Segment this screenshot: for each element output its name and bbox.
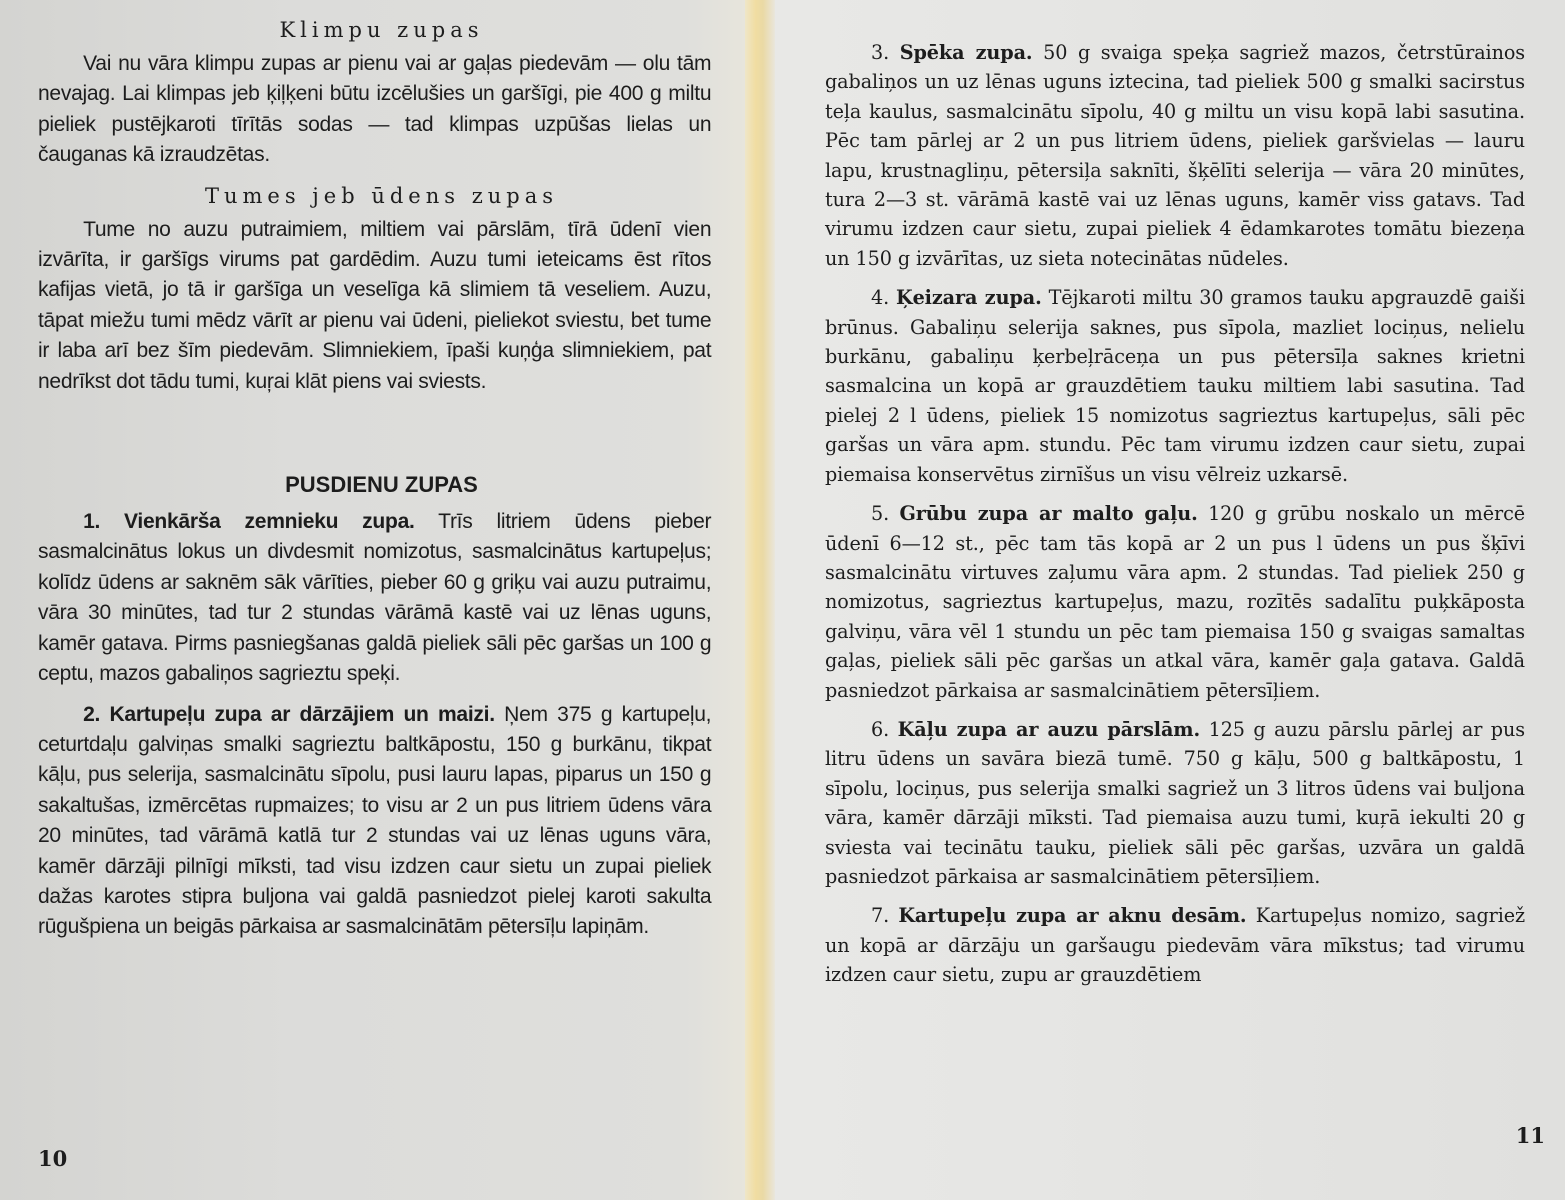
recipe-4-title: Ķeizara zupa. bbox=[896, 286, 1042, 309]
right-page: 3. Spēka zupa. 50 g svaiga speķa sagriež… bbox=[775, 0, 1565, 1200]
recipe-3-title: Spēka zupa. bbox=[900, 41, 1033, 64]
left-page: Klimpu zupas Vai nu vāra klimpu zupas ar… bbox=[0, 0, 745, 1200]
recipe-6-text: 125 g auzu pārslu pārlej ar pus litru ūd… bbox=[825, 718, 1525, 888]
recipe-2-text: Ņem 375 g kartupeļu, ceturtdaļu galviņas… bbox=[38, 702, 711, 939]
recipe-2-number: 2. bbox=[83, 702, 100, 726]
recipe-3: 3. Spēka zupa. 50 g svaiga speķa sagriež… bbox=[825, 38, 1525, 273]
book-spread: Klimpu zupas Vai nu vāra klimpu zupas ar… bbox=[0, 0, 1565, 1200]
recipe-1-title: Vienkārša zemnieku zupa. bbox=[124, 509, 415, 533]
section-heading-klimpu-zupas: Klimpu zupas bbox=[38, 18, 725, 42]
chapter-heading: PUSDIENU ZUPAS bbox=[38, 472, 725, 498]
page-number-left: 10 bbox=[38, 1146, 67, 1171]
recipe-3-text: 50 g svaiga speķa sagriež mazos, četrstū… bbox=[825, 41, 1525, 270]
recipe-5-number: 5. bbox=[871, 502, 889, 525]
recipe-6-number: 6. bbox=[871, 718, 889, 741]
page-number-right: 11 bbox=[1516, 1123, 1545, 1148]
recipe-1-text: Trīs litriem ūdens pieber sasmalcinātus … bbox=[38, 509, 711, 685]
recipe-5-text: 120 g grūbu noskalo un mērcē ūdenī 6—12 … bbox=[825, 502, 1525, 701]
paragraph-klimpu-zupas: Vai nu vāra klimpu zupas ar pienu vai ar… bbox=[38, 48, 711, 170]
recipe-5: 5. Grūbu zupa ar malto gaļu. 120 g grūbu… bbox=[825, 499, 1525, 705]
recipe-4-text: Tējkaroti miltu 30 gramos tauku apgrauzd… bbox=[825, 286, 1525, 485]
recipe-2-title: Kartupeļu zupa ar dārzājiem un maizi. bbox=[109, 702, 494, 726]
recipe-7-title: Kartupeļu zupa ar aknu desām. bbox=[898, 904, 1246, 927]
recipe-3-number: 3. bbox=[871, 41, 889, 64]
section-heading-tumes-zupas: Tumes jeb ūdens zupas bbox=[38, 184, 725, 208]
paragraph-tumes-zupas: Tume no auzu putraimiem, miltiem vai pār… bbox=[38, 214, 711, 396]
recipe-5-title: Grūbu zupa ar malto gaļu. bbox=[899, 502, 1197, 525]
recipe-6-title: Kāļu zupa ar auzu pārslām. bbox=[898, 718, 1200, 741]
book-gutter bbox=[745, 0, 775, 1200]
recipe-7-number: 7. bbox=[871, 904, 889, 927]
recipe-1-number: 1. bbox=[83, 509, 100, 533]
recipe-4-number: 4. bbox=[871, 286, 889, 309]
recipe-6: 6. Kāļu zupa ar auzu pārslām. 125 g auzu… bbox=[825, 715, 1525, 891]
recipe-4: 4. Ķeizara zupa. Tējkaroti miltu 30 gram… bbox=[825, 283, 1525, 489]
recipe-7: 7. Kartupeļu zupa ar aknu desām. Kartupe… bbox=[825, 901, 1525, 989]
recipe-1: 1. Vienkārša zemnieku zupa. Trīs litriem… bbox=[38, 506, 711, 688]
recipe-2: 2. Kartupeļu zupa ar dārzājiem un maizi.… bbox=[38, 699, 711, 942]
